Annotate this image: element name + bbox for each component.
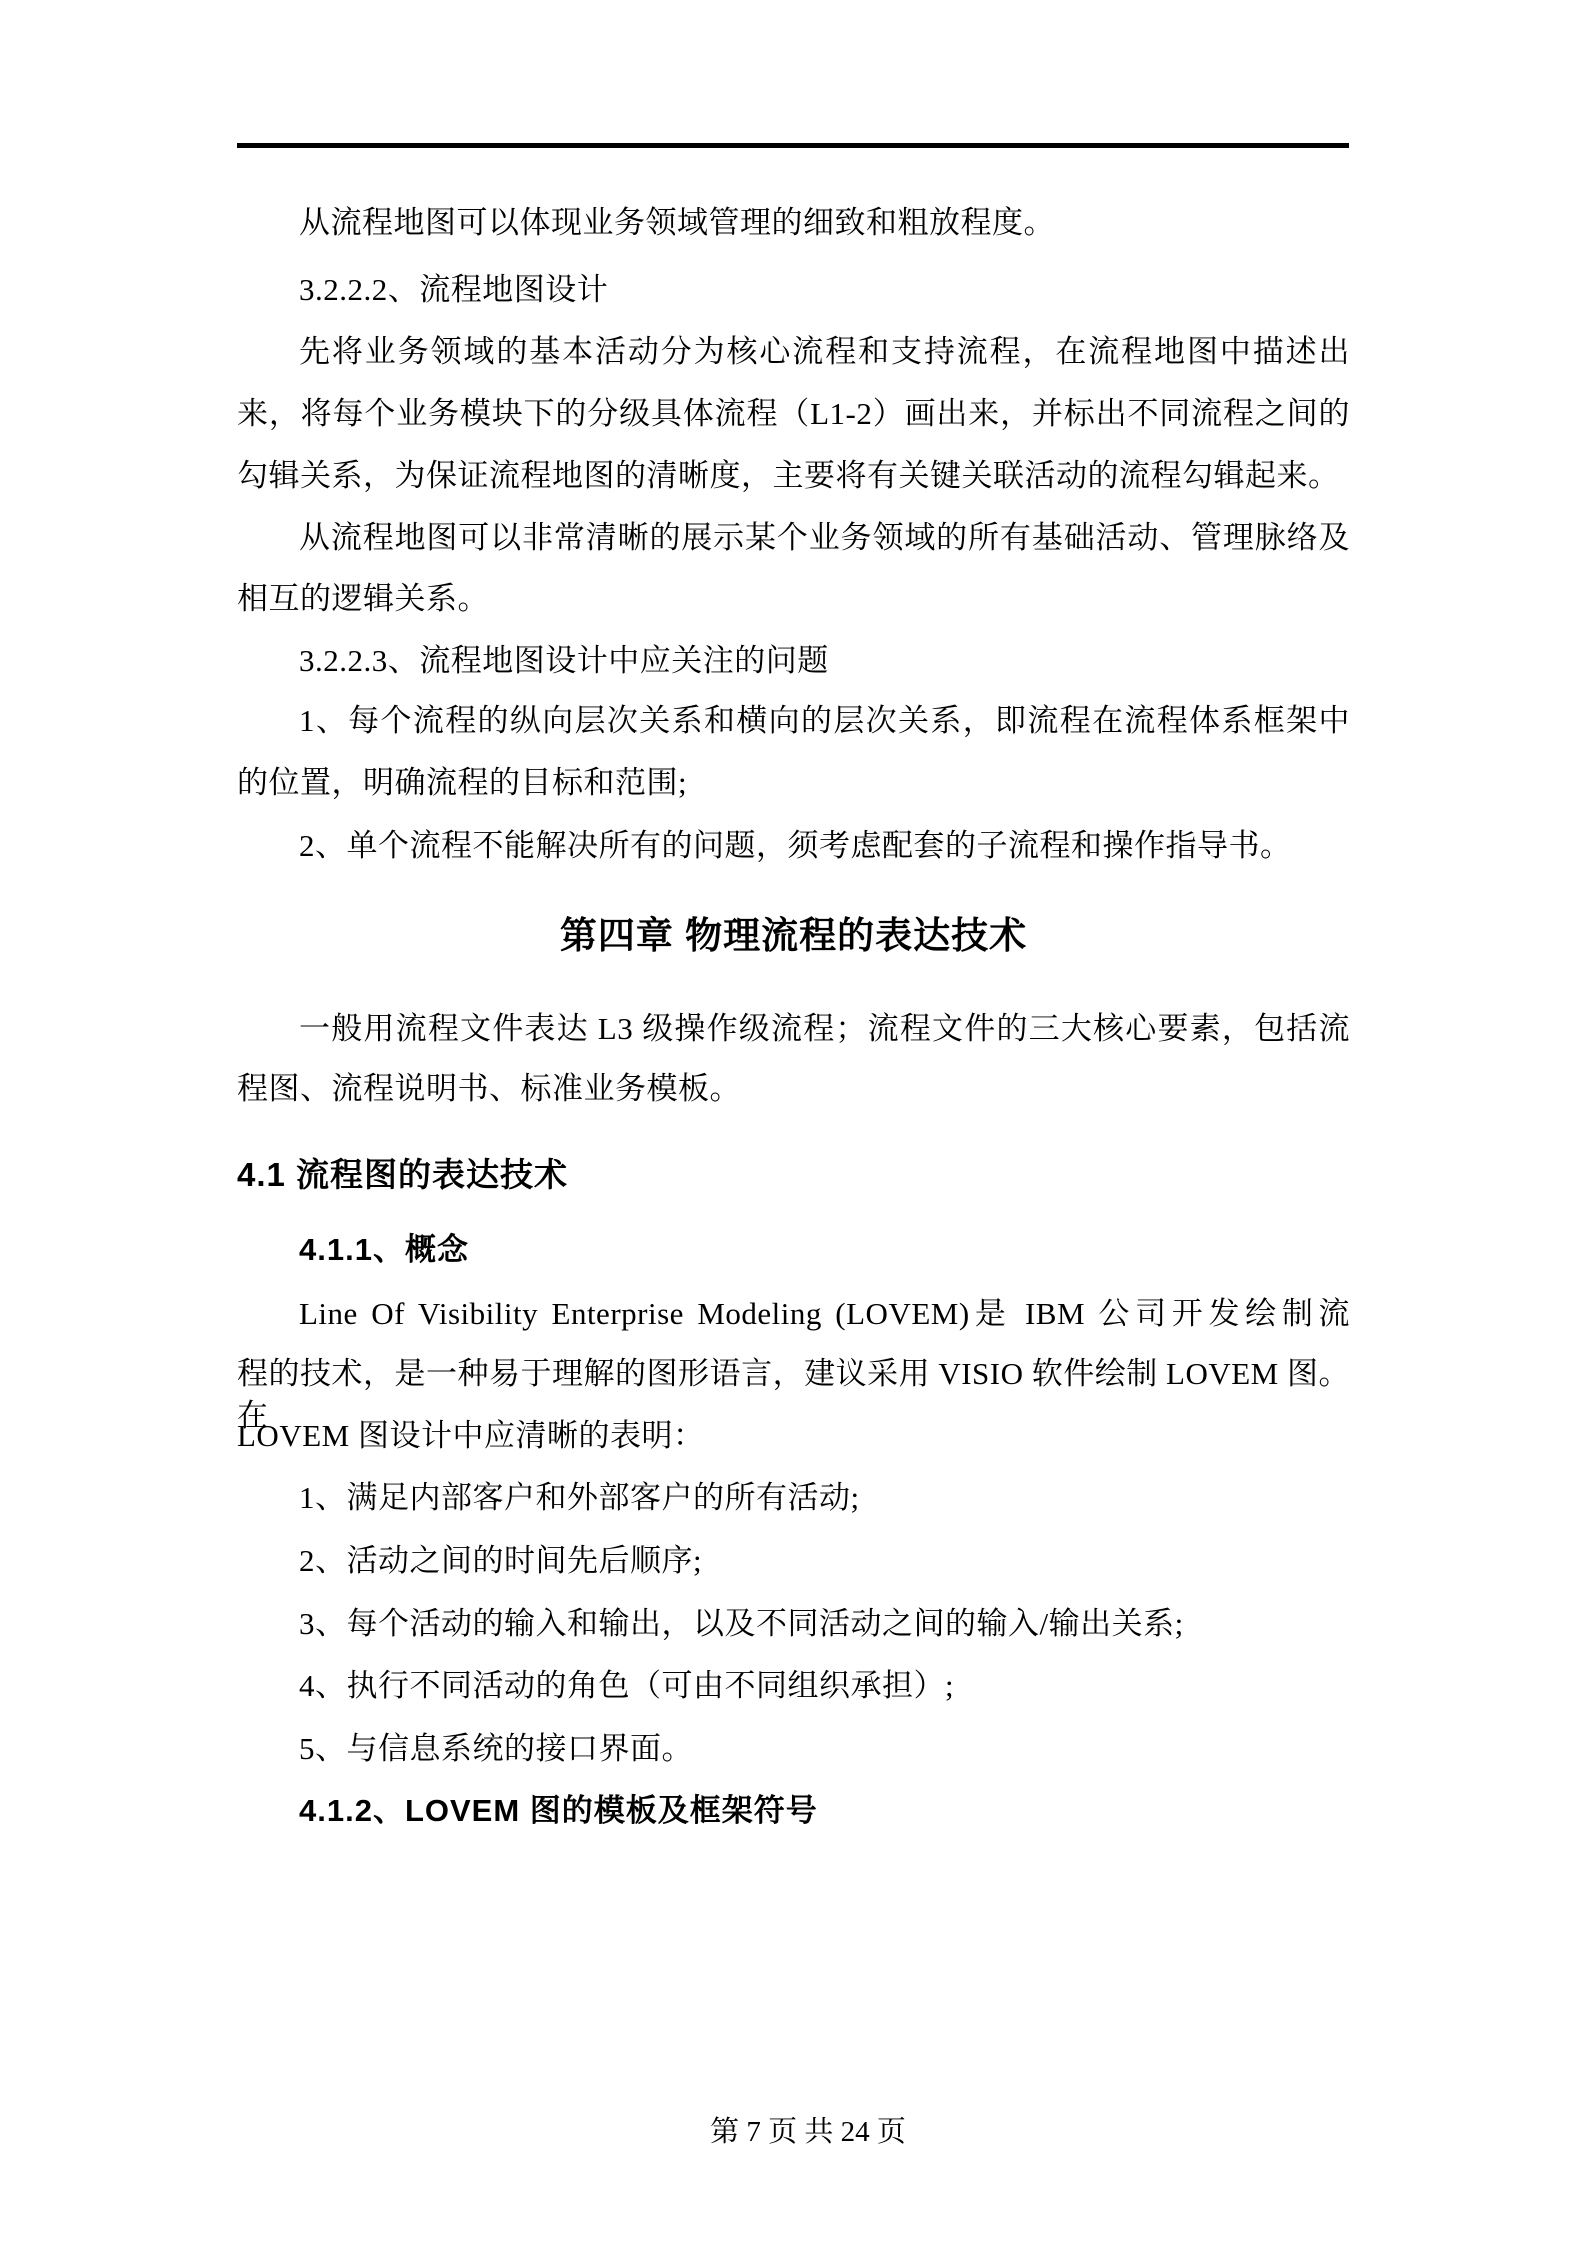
subsection-heading-4-1-2: 4.1.2、LOVEM 图的模板及框架符号 bbox=[237, 1790, 1350, 1832]
numbered-heading-3-2-2-3: 3.2.2.3、流程地图设计中应关注的问题 bbox=[237, 640, 1350, 682]
paragraph-line: 勾辑关系，为保证流程地图的清晰度，主要将有关键关联活动的流程勾辑起来。 bbox=[237, 455, 1350, 497]
paragraph-line: 来，将每个业务模块下的分级具体流程（L1-2）画出来，并标出不同流程之间的 bbox=[237, 393, 1350, 435]
list-item-2: 2、活动之间的时间先后顺序; bbox=[237, 1540, 1350, 1582]
paragraph-line: 一般用流程文件表达 L3 级操作级流程；流程文件的三大核心要素，包括流 bbox=[237, 1008, 1350, 1050]
numbered-heading-3-2-2-2: 3.2.2.2、流程地图设计 bbox=[237, 269, 1350, 311]
paragraph-line: 程图、流程说明书、标准业务模板。 bbox=[237, 1068, 1350, 1110]
list-item-5: 5、与信息系统的接口界面。 bbox=[237, 1728, 1350, 1770]
paragraph-line: 先将业务领域的基本活动分为核心流程和支持流程，在流程地图中描述出 bbox=[237, 331, 1350, 373]
list-item-line: 2、单个流程不能解决所有的问题，须考虑配套的子流程和操作指导书。 bbox=[237, 825, 1350, 867]
chapter-heading: 第四章 物理流程的表达技术 bbox=[237, 912, 1350, 960]
list-item-line: 的位置，明确流程的目标和范围; bbox=[237, 762, 1350, 804]
list-item-1: 1、满足内部客户和外部客户的所有活动; bbox=[237, 1477, 1350, 1519]
list-item-3: 3、每个活动的输入和输出，以及不同活动之间的输入/输出关系; bbox=[237, 1603, 1350, 1645]
paragraph-line: 相互的逻辑关系。 bbox=[237, 578, 1350, 620]
page-footer: 第 7 页 共 24 页 bbox=[237, 2072, 1350, 2192]
section-heading-4-1: 4.1 流程图的表达技术 bbox=[237, 1153, 1350, 1197]
paragraph-line: Line Of Visibility Enterprise Modeling (… bbox=[237, 1293, 1350, 1335]
list-item-4: 4、执行不同活动的角色（可由不同组织承担）; bbox=[237, 1665, 1350, 1707]
paragraph-line: LOVEM 图设计中应清晰的表明： bbox=[237, 1415, 1350, 1457]
page-number-label: 第 7 页 共 24 页 bbox=[710, 2116, 906, 2148]
header-rule bbox=[237, 143, 1349, 148]
list-item-line: 1、每个流程的纵向层次关系和横向的层次关系，即流程在流程体系框架中 bbox=[237, 700, 1350, 742]
paragraph-line: 从流程地图可以非常清晰的展示某个业务领域的所有基础活动、管理脉络及 bbox=[237, 517, 1350, 559]
document-page: 从流程地图可以体现业务领域管理的细致和粗放程度。 3.2.2.2、流程地图设计 … bbox=[0, 0, 1587, 2245]
subsection-heading-4-1-1: 4.1.1、概念 bbox=[237, 1229, 1350, 1271]
paragraph-line: 从流程地图可以体现业务领域管理的细致和粗放程度。 bbox=[237, 202, 1350, 244]
